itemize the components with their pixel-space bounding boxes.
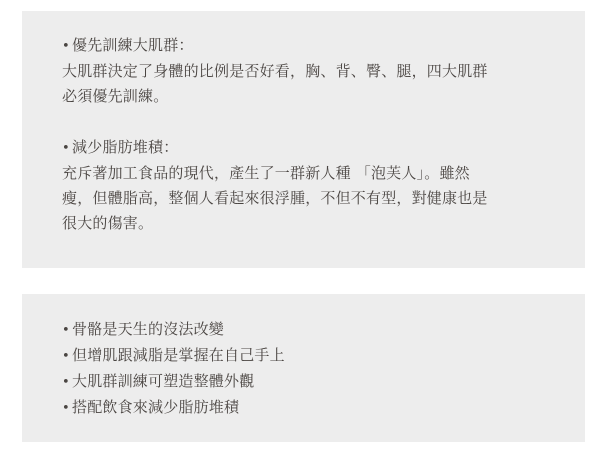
list-item: •搭配飲食來減少脂肪堆積	[62, 395, 585, 421]
bullet-icon: •	[62, 344, 72, 369]
list-item: •大肌群訓練可塑造整體外觀	[62, 369, 585, 395]
bullet-icon: •	[62, 34, 72, 59]
paragraph-line: 大肌群決定了身體的比例是否好看，胸、背、臀、腿，四大肌群	[62, 59, 585, 84]
list-item: •骨骼是天生的沒法改變	[62, 317, 585, 343]
section-heading: •優先訓練大肌群：	[62, 33, 585, 59]
list-item: •但增肌跟減脂是掌握在自己手上	[62, 343, 585, 369]
section-reduce-fat: •減少脂肪堆積： 充斥著加工食品的現代，產生了一群新人種 「泡芙人」。雖然 瘦，…	[62, 135, 585, 236]
summary-box: •骨骼是天生的沒法改變 •但增肌跟減脂是掌握在自己手上 •大肌群訓練可塑造整體外…	[22, 294, 585, 442]
paragraph-line: 必須優先訓練。	[62, 84, 585, 109]
bullet-icon: •	[62, 396, 72, 421]
bullet-icon: •	[62, 136, 72, 161]
bullet-icon: •	[62, 318, 72, 343]
paragraph-line: 很大的傷害。	[62, 211, 585, 236]
section-heading: •減少脂肪堆積：	[62, 135, 585, 161]
section-large-muscle-groups: •優先訓練大肌群： 大肌群決定了身體的比例是否好看，胸、背、臀、腿，四大肌群 必…	[62, 33, 585, 109]
paragraph-line: 瘦，但體脂高，整個人看起來很浮腫，不但不有型，對健康也是	[62, 186, 585, 211]
bullet-icon: •	[62, 370, 72, 395]
paragraph-line: 充斥著加工食品的現代，產生了一群新人種 「泡芙人」。雖然	[62, 161, 585, 186]
training-tips-box: •優先訓練大肌群： 大肌群決定了身體的比例是否好看，胸、背、臀、腿，四大肌群 必…	[22, 11, 585, 268]
